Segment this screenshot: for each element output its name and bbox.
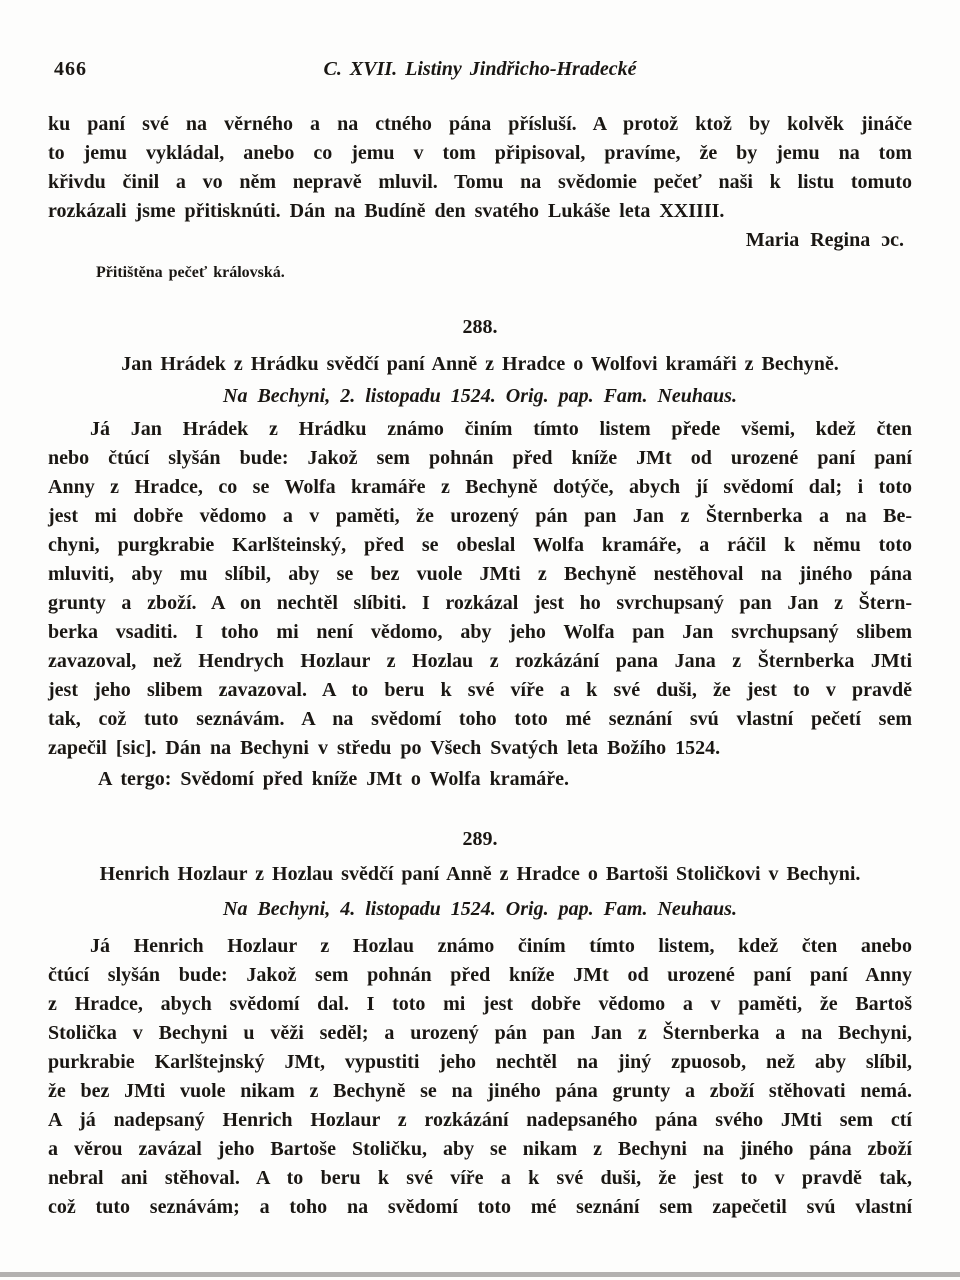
text-line: že bez JMti vuole nikam z Bechyně se na … [48, 1077, 912, 1106]
text-line: a věrou zavázal jeho Bartoše Stoličku, a… [48, 1135, 912, 1164]
section-number: 288. [48, 312, 912, 342]
section-body: Já Henrich Hozlaur z Hozlau známo činím … [48, 932, 912, 1222]
text-line: nebo čtúcí slyšán bude: Jakož sem pohnán… [48, 444, 912, 473]
seal-note: Přitištěna pečeť královská. [48, 260, 912, 285]
text-line: což tuto seznávám; a toho na svědomí tot… [48, 1193, 912, 1222]
text-line: Já Jan Hrádek z Hrádku známo činím tímto… [48, 415, 912, 444]
text-line: A já nadepsaný Henrich Hozlaur z rozkázá… [48, 1106, 912, 1135]
a-tergo-note: A tergo: Svědomí před kníže JMt o Wolfa … [48, 765, 912, 794]
section-number: 289. [48, 824, 912, 854]
signature-line: Maria Regina ɔc. [48, 226, 912, 255]
text-line: čtúcí slyšán bude: Jakož sem pohnán před… [48, 961, 912, 990]
text-line: Stolička v Bechyni u věži seděl; a uroze… [48, 1019, 912, 1048]
text-line: berka vsaditi. I toho mi není vědomo, ab… [48, 618, 912, 647]
book-page-scan: 466 C. XVII. Listiny Jindřicho-Hradecké … [0, 0, 960, 1280]
section-heading: Henrich Hozlaur z Hozlau svědčí paní Ann… [48, 860, 912, 889]
running-title: C. XVII. Listiny Jindřicho-Hradecké [48, 58, 912, 81]
text-line: jest mi dobře vědomo a v paměti, že uroz… [48, 502, 912, 531]
text-line: chyni, purgkrabie Karlšteinský, před se … [48, 531, 912, 560]
text-line: purkrabie Karlštejnský JMt, vypustiti je… [48, 1048, 912, 1077]
section-dateline: Na Bechyni, 2. listopadu 1524. Orig. pap… [48, 382, 912, 411]
text-line: nebral ani stěhoval. A to beru k své víř… [48, 1164, 912, 1193]
text-line: grunty a zboží. A on nechtěl slíbiti. I … [48, 589, 912, 618]
text-line: jest jeho slibem zavazoval. A to beru k … [48, 676, 912, 705]
text-line: mluviti, aby mu slíbil, aby se bez vuole… [48, 560, 912, 589]
text-line: to jemu vykládal, anebo co jemu v tom př… [48, 139, 912, 168]
section-heading: Jan Hrádek z Hrádku svědčí paní Anně z H… [48, 350, 912, 379]
text-line: Anny z Hradce, co se Wolfa kramáře z Bec… [48, 473, 912, 502]
section-body: Já Jan Hrádek z Hrádku známo činím tímto… [48, 415, 912, 763]
section-dateline: Na Bechyni, 4. listopadu 1524. Orig. pap… [48, 895, 912, 924]
running-header: 466 C. XVII. Listiny Jindřicho-Hradecké [48, 58, 912, 84]
page-number: 466 [54, 58, 87, 81]
text-line: ku paní své na věrného a na ctného pána … [48, 110, 912, 139]
page-content: 466 C. XVII. Listiny Jindřicho-Hradecké … [0, 0, 960, 1222]
intro-paragraph: ku paní své na věrného a na ctného pána … [48, 110, 912, 226]
text-line: zavazoval, než Hendrych Hozlaur z Hozlau… [48, 647, 912, 676]
text-line: Já Henrich Hozlaur z Hozlau známo činím … [48, 932, 912, 961]
text-line: tak, což tuto seznávám. A na svědomí toh… [48, 705, 912, 734]
text-line: rozkázali jsme přitisknúti. Dán na Budín… [48, 197, 912, 226]
text-line: křivdu činil a vo něm nepravě mluvil. To… [48, 168, 912, 197]
text-line: zapečil [sic]. Dán na Bechyni v středu p… [48, 734, 912, 763]
text-line: z Hradce, abych svědomí dal. I toto mi j… [48, 990, 912, 1019]
scan-edge-artifact [0, 1272, 960, 1277]
